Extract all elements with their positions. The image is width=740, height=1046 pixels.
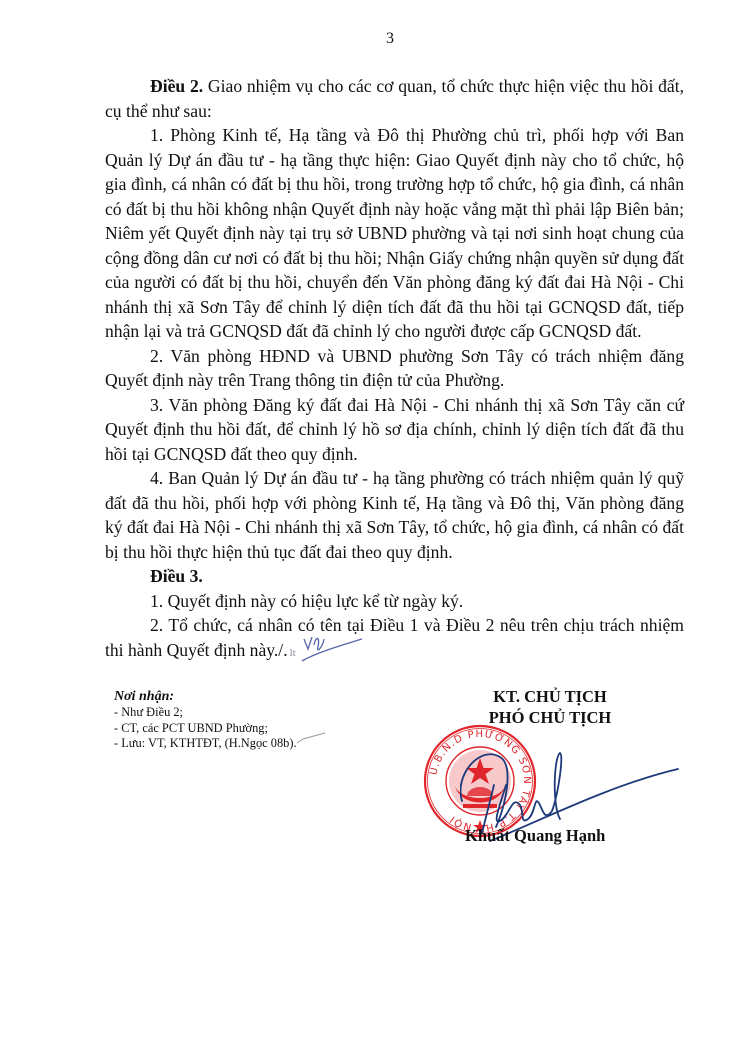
recipient-item: - Như Điều 2; [114, 705, 327, 721]
check-mark-icon [297, 739, 327, 749]
article-3-item-2-text: 2. Tổ chức, cá nhân có tên tại Điều 1 và… [105, 615, 684, 660]
document-body: Điều 2. Giao nhiệm vụ cho các cơ quan, t… [105, 74, 684, 665]
article-2-item-1: 1. Phòng Kinh tế, Hạ tầng và Đô thị Phườ… [105, 123, 684, 344]
article-2-item-3: 3. Văn phòng Đăng ký đất đai Hà Nội - Ch… [105, 393, 684, 467]
article-3-item-1: 1. Quyết định này có hiệu lực kể từ ngày… [105, 589, 684, 614]
signer-name: Khuất Quang Hạnh [465, 826, 605, 846]
page-number: 3 [0, 30, 740, 48]
signature-line-1: KT. CHỦ TỊCH [440, 686, 660, 707]
article-2-item-4: 4. Ban Quản lý Dự án đầu tư - hạ tầng ph… [105, 466, 684, 564]
article-3-heading-line: Điều 3. [105, 564, 684, 589]
initials-signature-icon [296, 641, 366, 661]
article-2-heading: Điều 2. [150, 76, 203, 96]
article-3-item-2: 2. Tổ chức, cá nhân có tên tại Điều 1 và… [105, 613, 684, 665]
signature-title: KT. CHỦ TỊCH PHÓ CHỦ TỊCH [440, 686, 660, 728]
recipient-item-text: - Lưu: VT, KTHTĐT, (H.Ngọc 08b). [114, 736, 297, 750]
article-3-heading: Điều 3. [150, 566, 203, 586]
article-2-item-2: 2. Văn phòng HĐND và UBND phường Sơn Tây… [105, 344, 684, 393]
recipients-block: Nơi nhận: - Như Điều 2; - CT, các PCT UB… [114, 688, 327, 752]
recipient-item: - Lưu: VT, KTHTĐT, (H.Ngọc 08b). [114, 736, 327, 752]
recipients-title: Nơi nhận: [114, 688, 327, 705]
article-2-intro: Điều 2. Giao nhiệm vụ cho các cơ quan, t… [105, 74, 684, 123]
